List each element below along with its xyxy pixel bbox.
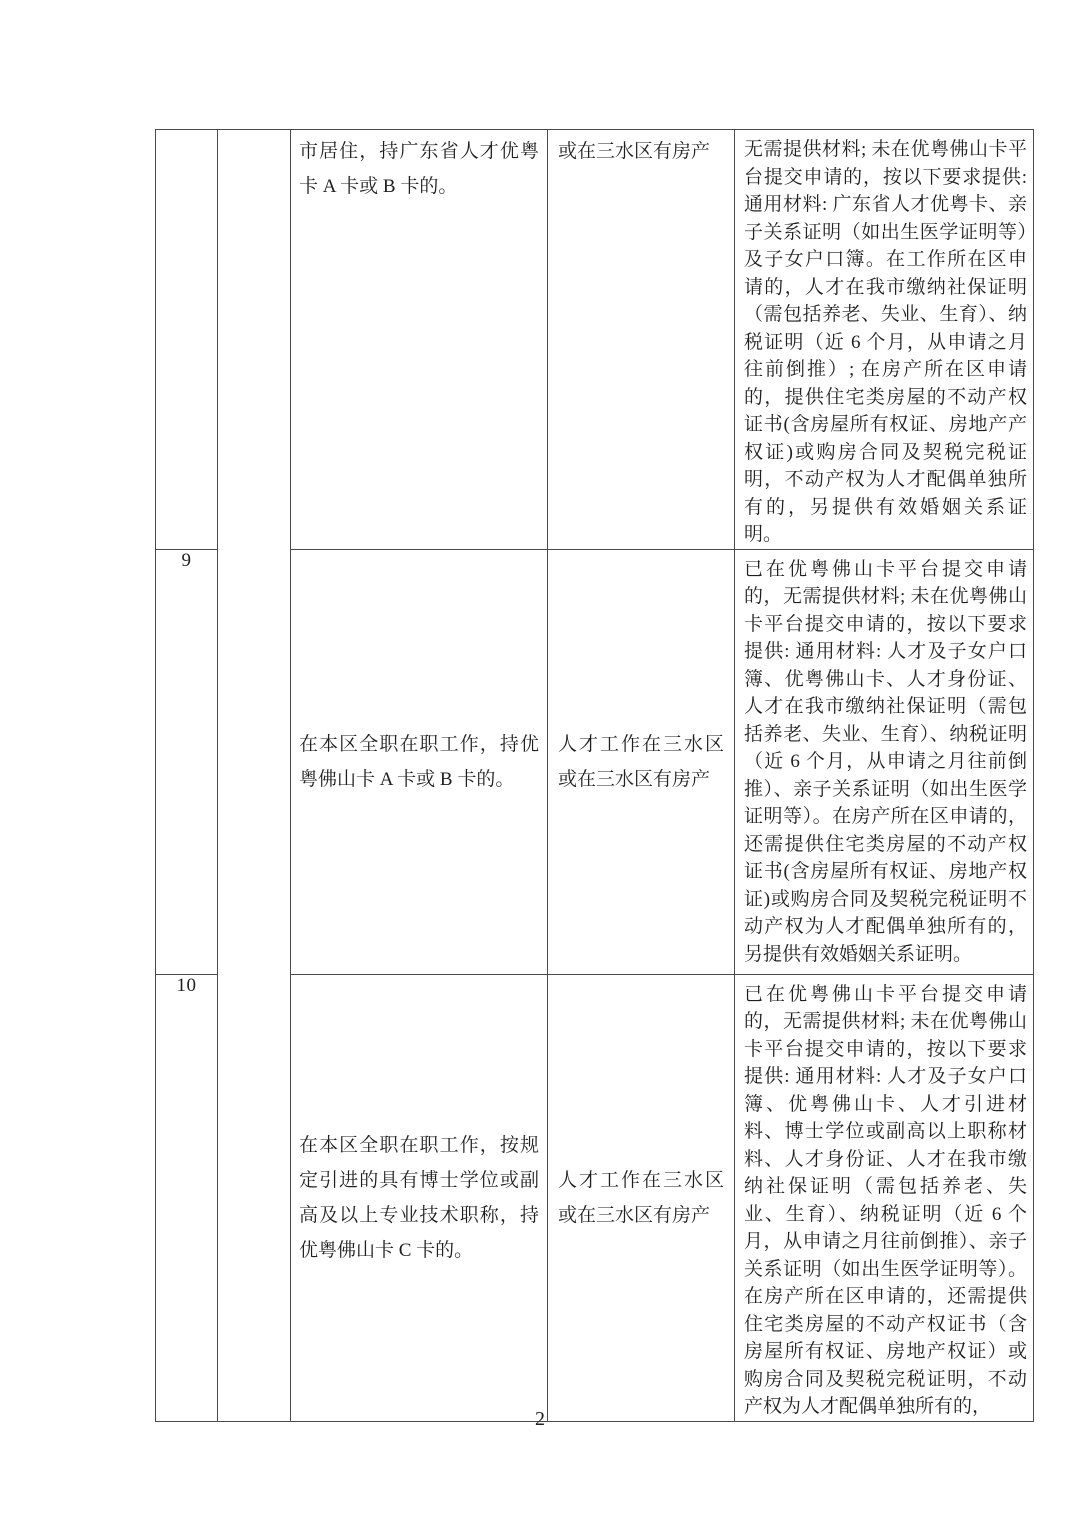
condition-cell: 在本区全职在职工作，持优粤佛山卡 A 卡或 B 卡的。 [291,549,548,974]
location-cell: 人才工作在三水区或在三水区有房产 [548,549,735,974]
page-number: 2 [0,1408,1080,1431]
location-cell: 或在三水区有房产 [548,130,735,550]
row-number-cell [156,130,218,550]
row-number-cell: 9 [156,549,218,974]
table-row: 市居住，持广东省人才优粤卡 A 卡或 B 卡的。 或在三水区有房产 无需提供材料… [156,130,1034,550]
condition-cell: 市居住，持广东省人才优粤卡 A 卡或 B 卡的。 [291,130,548,550]
materials-cell: 无需提供材料; 未在优粤佛山卡平台提交申请的，按以下要求提供: 通用材料: 广东… [735,130,1034,550]
district-cell-merged [218,130,291,1422]
row-number-cell: 10 [156,974,218,1421]
materials-cell: 已在优粤佛山卡平台提交申请的，无需提供材料; 未在优粤佛山卡平台提交申请的，按以… [735,974,1034,1421]
requirements-table-grid: 市居住，持广东省人才优粤卡 A 卡或 B 卡的。 或在三水区有房产 无需提供材料… [155,129,1034,1422]
requirements-table: 市居住，持广东省人才优粤卡 A 卡或 B 卡的。 或在三水区有房产 无需提供材料… [155,129,1034,1422]
condition-cell: 在本区全职在职工作，按规定引进的具有博士学位或副高及以上专业技术职称，持优粤佛山… [291,974,548,1421]
location-cell: 人才工作在三水区或在三水区有房产 [548,974,735,1421]
materials-cell: 已在优粤佛山卡平台提交申请的，无需提供材料; 未在优粤佛山卡平台提交申请的，按以… [735,549,1034,974]
